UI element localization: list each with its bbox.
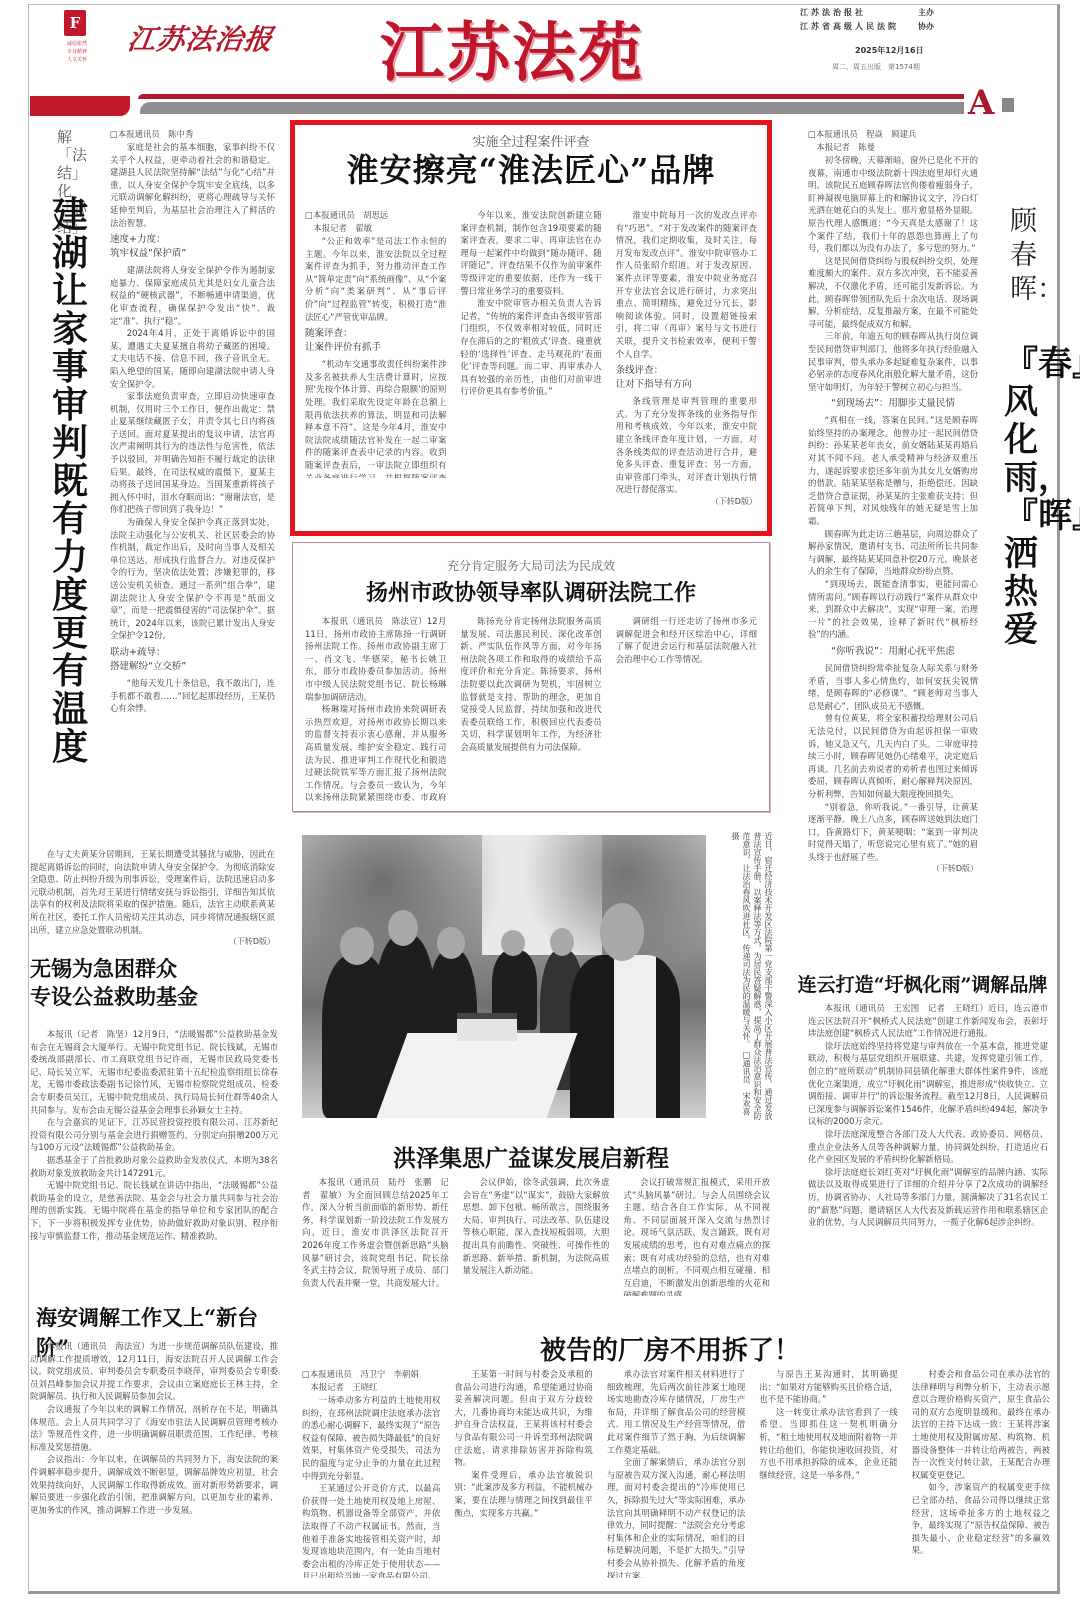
subheading: “到现场去”：用脚步丈量民情 xyxy=(808,397,978,411)
masthead-band-red xyxy=(138,94,964,99)
continued-note: （下转D版） xyxy=(808,863,978,874)
paragraph: 本报讯（通讯员 陈法宣）12月11日，扬州市政协主席陈扬一行调研扬州法院工作。扬… xyxy=(305,615,446,703)
paragraph: 家事法庭负责审查，立即启动快速审查机制，仅用时三个工作日，便作出裁定：禁止夏某继… xyxy=(110,390,275,516)
masthead-band-grey xyxy=(140,102,964,114)
paragraph: 王某第一时间与村委会及承租的食品公司进行沟通，希望能通过协商妥善解决问题。但由于… xyxy=(454,1368,592,1469)
paragraph: 淮安中院审管办相关负责人告诉记者，“传统的案件评查由各级审管部门组织，不仅效率相… xyxy=(460,297,601,398)
sponsor-org: 江苏省高级人民法院 xyxy=(800,20,900,34)
left-story-body: □本报通讯员 陈中秀 家庭是社会的基本细胞，家事纠纷不仅关乎个人权益，更牵动着社… xyxy=(110,128,275,715)
lianyun-body: 本报讯（通讯员 王宏图 记者 王晓红）近日，连云港市连云区法院召开“枫桥式人民法… xyxy=(808,1002,1048,1292)
paragraph: 在与丈夫黄某分居期间，王某长期遭受其骚扰与威胁，因此在提起离婚诉讼的同时，向法院… xyxy=(30,848,275,936)
paragraph: “他每天发几十条信息，我不敢出门，连手机都不敢看……”回忆起那段经历，王某仍心有… xyxy=(110,677,275,715)
featured-story-box: 实施全过程案件评查 淮安擦亮“淮法匠心”品牌 □本报通讯员 胡思远 本报记者 翟… xyxy=(290,120,772,536)
paragraph: 会议指出：今年以来，在调解员的共同努力下，海安法院的案件调解率稳步提升，调解成效… xyxy=(30,1453,278,1516)
paragraph: “到现场去，既能查清事实，更能问需心情所需问。”顾春晖以行动践行“案件从群众中来… xyxy=(808,578,978,641)
paragraph: 今年以来，淮安法院创新建立随案评查机制，制作包含19项要素的随案评查表，要求二审… xyxy=(460,209,601,297)
subheading: 联动+疏导：搭建解纷“立交桥” xyxy=(110,646,275,674)
sponsor-role: 协办 xyxy=(918,20,934,34)
hongze-columns: 本报讯（通讯员 陆丹 张鹏 记者 翟敏）为全面回顾总结2025年工作，深入分析当… xyxy=(302,1176,770,1296)
paragraph: 初冬傍晚，天幕渐暗，窗外已是化不开的夜幕，南通市中级法院新十四法庭里却灯火通明。… xyxy=(808,154,978,255)
subheading: “你听我说”：用耐心抚平焦虑 xyxy=(808,645,978,659)
paragraph: “别着急，你听我说。”一番引导，让黄某逐渐平静。晚上八点多，顾春晖送她到法庭门口… xyxy=(808,801,978,864)
hongze-headline: 洪泽集思广益谋发展启新程 xyxy=(292,1140,770,1173)
page-letter: A xyxy=(968,86,994,120)
factory-headline: 被告的厂房不用拆了！ xyxy=(420,1330,920,1367)
byline: 本报记者 翟敏 xyxy=(305,222,446,235)
logo-slogans: 威信依然 专业精神 人文关怀 xyxy=(57,40,97,64)
byline: □本报通讯员 冯卫宁 李朝娟 xyxy=(302,1368,440,1381)
paragraph: 本报讯（通讯员 王宏图 记者 王晓红）近日，连云港市连云区法院召开“枫桥式人民法… xyxy=(808,1002,1048,1040)
yangzhou-headline: 扬州市政协领导率队调研法院工作 xyxy=(293,578,769,608)
newspaper-logo-icon: F xyxy=(64,10,86,36)
wuxi-body: 本报讯（记者 陈坚）12月9日，“法暖锡都”公益救助基金发布会在无锡商会大厦举行… xyxy=(30,1028,278,1242)
paragraph: 徐圩法庭深度整合各部门及人大代表、政协委员、网格员、重点企业法务人员等各种调解力… xyxy=(808,1128,1048,1166)
yangzhou-columns: 本报讯（通讯员 陈法宣）12月11日，扬州市政协主席陈扬一行调研扬州法院工作。扬… xyxy=(305,615,757,805)
page-number-marker xyxy=(1002,98,1014,112)
paper-name: 江苏法治报 xyxy=(125,18,276,58)
section-title: 江苏法苑 xyxy=(380,2,644,94)
paragraph: 陈扬充分肯定扬州法院服务高质量发展、司法惠民利民、深化改革创新、严实队伍作风等方… xyxy=(460,615,601,754)
paragraph: 王某通过公开竞价方式，以最高价获得一处土地使用权及地上房屋、构筑物、机器设备等全… xyxy=(302,1482,440,1578)
paragraph: 杨琳瑞对扬州市政协来院调研表示热烈欢迎，对扬州市政协长期以来的监督支持表示衷心感… xyxy=(305,703,446,805)
paragraph: 本报讯（通讯员 陆丹 张鹏 记者 翟敏）为全面回顾总结2025年工作，深入分析当… xyxy=(302,1176,449,1289)
right-story-body: □本报通讯员 程焱 顾建兵 本报记者 陈曼 初冬傍晚，天幕渐暗，窗外已是化不开的… xyxy=(808,128,978,948)
paragraph: 本报讯（通讯员 海法宣）为进一步规范调解员队伍建设，推动调解工作提质增效，12月… xyxy=(30,1340,278,1403)
paragraph: 为确保人身安全保护令真正落到实处，法院主动强化与公安机关、社区居委会的协作机制，… xyxy=(110,516,275,642)
slogan: 专业精神 xyxy=(57,48,97,56)
paragraph: 本报讯（记者 陈坚）12月9日，“法暖锡都”公益救助基金发布会在无锡商会大厦举行… xyxy=(30,1028,278,1116)
subheading: 速度+力度：筑牢权益“保护盾” xyxy=(110,233,275,261)
factory-columns: □本报通讯员 冯卫宁 李朝娟 本报记者 王晓红 一场牵动多方利益的土地使用权纠纷… xyxy=(302,1368,1050,1578)
paragraph: 曾有位黄某，将全家积蓄投给理财公司后无法兑付，以民间借贷为由起诉担保一审败诉，她… xyxy=(808,712,978,800)
table xyxy=(377,1033,578,1118)
subheading: 条线评查：让对下指导有方向 xyxy=(616,364,757,392)
paragraph: 会议打破常规汇报模式，采用开放式“头脑风暴”研讨。与会人员围绕会议主题，结合各自… xyxy=(623,1176,770,1296)
byline: 本报记者 王晓红 xyxy=(302,1381,440,1394)
paragraph: 与原告王某沟通时，其明确提出：“如果对方能够购买且价格合适，也不是不能协商。” xyxy=(759,1368,897,1406)
byline: □本报通讯员 胡思远 xyxy=(305,209,446,222)
paragraph: 据悉基金于了首批救助对象公益救助金发放仪式，本期为38名救助对象发放救助金共计1… xyxy=(30,1154,278,1179)
right-story-headline: 『春』风化雨，『晖』洒热爱 xyxy=(1004,345,1052,649)
paragraph: 一场牵动多方利益的土地使用权纠纷，在邳州法院调庄法庭承办法官的悉心耐心调解下，最… xyxy=(302,1394,440,1482)
paragraph: 如今，涉案资产的权属变更手续已全部办结，食品公司得以继续正常经营，这场牵扯多方的… xyxy=(912,1481,1050,1557)
right-story-kicker: 顾春晖： xyxy=(1010,205,1046,307)
paragraph: 在与会嘉宾的见证下，江苏民营投资控股有限公司、江苏新纪投资有限公司分别与基金会进… xyxy=(30,1116,278,1154)
paragraph: 条线管理是审判管理的重要形式。为了充分发挥条线的业务指导作用和考核成效，今年以来… xyxy=(616,395,757,496)
paragraph: 顾春晖为此走访三趟基层，向周边群众了解孙家情况，邀请村支书、司法所所长共同参与调… xyxy=(808,528,978,578)
paragraph: 家庭是社会的基本细胞，家事纠纷不仅关乎个人权益，更牵动着社会的和谐稳定。建湖县人… xyxy=(110,141,275,229)
person-figure xyxy=(570,955,680,1118)
paragraph: “机动车交通事故责任纠纷案件涉及多名被扶养人生活费计算时，应按照‘先按个体计算、… xyxy=(305,358,446,478)
slogan: 威信依然 xyxy=(57,40,97,48)
paragraph: 民间借贷纠纷常牵扯复杂人际关系与财务矛盾，当事人多心情焦灼，如何安抚尖锐情绪，是… xyxy=(808,662,978,712)
paragraph: 无锡中院党组书记、院长钱斌在讲话中指出，“法暖锡都”公益救助基金的设立，是慈善法… xyxy=(30,1179,278,1242)
photo-caption: 近日，宿迁经济技术开发区法院第一党支部干警深入小区开展普法宣传，通过发放普法宣传… xyxy=(712,832,774,1122)
paragraph: 三年前，年逾五旬的顾春晖从执行岗位调至民间借贷审判部门，他将多年执行经验融入民事… xyxy=(808,330,978,393)
paragraph: 徐圩法庭庭长刘红英对“圩枫化雨”调解室的品牌内涵、实际做法以及取得成果进行了详细… xyxy=(808,1166,1048,1229)
haian-body: 本报讯（通讯员 海法宣）为进一步规范调解员队伍建设，推动调解工作提质增效，12月… xyxy=(30,1340,278,1516)
slogan: 人文关怀 xyxy=(57,56,97,64)
masthead-band-left xyxy=(30,96,130,116)
paragraph: 会议伊始，徐冬武强调，此次务虚会旨在“务虚”以“谋实”，鼓励大家解放思想、卸下包… xyxy=(463,1176,610,1277)
sponsor-role: 主办 xyxy=(918,6,934,20)
left-story-body-continued: 在与丈夫黄某分居期间，王某长期遭受其骚扰与威胁，因此在提起离婚诉讼的同时，向法院… xyxy=(30,848,275,947)
paragraph: 案件受理后，承办法官敏锐识别：“此案涉及多方利益，不能机械办案，要在法理与情理之… xyxy=(454,1469,592,1519)
feature-columns: □本报通讯员 胡思远 本报记者 翟敏 “公正和效率”是司法工作永恒的主题。今年以… xyxy=(305,209,757,531)
paragraph: 这是民间借贷纠纷与股权纠纷交织，处理难度颇大的案件。双方多次冲突，若不能妥善解决… xyxy=(808,255,978,331)
feature-kicker: 实施全过程案件评查 xyxy=(295,131,767,150)
paragraph: “公正和效率”是司法工作永恒的主题。今年以来，淮安法院以全过程案件评查为抓手，努… xyxy=(305,235,446,323)
byline: □本报通讯员 程焱 顾建兵 xyxy=(808,128,978,141)
paragraph: 村委会和食品公司在承办法官的法律释明与利弊分析下，主动表示愿意以合理价格购买资产… xyxy=(912,1368,1050,1481)
paragraph: 这一转变让承办法官看到了一线希望。当即抓住这一契机明确分析，“租土地使用权及地面… xyxy=(759,1406,897,1482)
continued-note: （下转D版） xyxy=(616,496,757,507)
feature-headline: 淮安擦亮“淮法匠心”品牌 xyxy=(295,150,767,190)
subheading: 随案评查：让案件评价有抓手 xyxy=(305,327,446,355)
news-photo xyxy=(302,835,706,1118)
paragraph: 承办法官对案件相关材料进行了细致梳理，先后两次前往涉案土地现场实地勘查冷库存储情… xyxy=(607,1368,745,1456)
paragraph: 建湖法院将人身安全保护令作为遏制家庭暴力、保障家庭成员尤其是妇女儿童合法权益的“… xyxy=(110,264,275,327)
paragraph: 会议通报了今年以来的调解工作情况，剖析存在不足，明确具体规范。会上人员共同学习了… xyxy=(30,1403,278,1453)
issue-info: 周二、周五出版 第1574期 xyxy=(832,62,920,72)
sponsor-org: 江苏法治报社 xyxy=(800,6,900,20)
byline: □本报通讯员 陈中秀 xyxy=(110,128,275,141)
paragraph: “真相在一线，答案在民间。”这是顾春晖始终坚持的办案理念。他曾办过一起民间借贷纠… xyxy=(808,414,978,527)
box xyxy=(457,1013,517,1041)
paragraph: 徐圩法庭始终坚持将党建与审判放在一个基本盘，推进党建联动，积极与基层党组织开展联… xyxy=(808,1040,1048,1128)
sponsors: 江苏法治报社主办 江苏省高级人民法院协办 xyxy=(800,6,934,34)
yangzhou-kicker: 充分肯定服务大局司法为民成效 xyxy=(293,557,769,574)
issue-date: 2025年12月16日 xyxy=(855,45,924,56)
continued-note: （下转D版） xyxy=(30,936,275,947)
left-story-headline: 建湖让家事审判既有力度更有温度 xyxy=(52,196,96,766)
paragraph: 淮安中院每月一次的发改点评亦有“巧思”。“对于发改案件的随案评查情况，我们定期收… xyxy=(616,209,757,360)
wuxi-headline: 无锡为急困群众 专设公益救助基金 xyxy=(30,955,280,1011)
paragraph: 全面了解案情后，承办法官分别与原被告双方深入沟通，耐心释法明理，面对村委会提出的… xyxy=(607,1456,745,1578)
paragraph: 调研组一行还走访了扬州市多元调解促进会和经开区综治中心，详细了解了促进会运行和基… xyxy=(616,615,757,665)
lianyun-headline: 连云打造“圩枫化雨”调解品牌 xyxy=(790,970,1055,997)
byline: 本报记者 陈曼 xyxy=(808,141,978,154)
paragraph: 2024年4月，正处于离婚诉讼中的国某，遭遇丈夫夏某擅自将幼子藏匿的困境。丈夫电… xyxy=(110,327,275,390)
yangzhou-story-box: 充分肯定服务大局司法为民成效 扬州市政协领导率队调研法院工作 本报讯（通讯员 陈… xyxy=(292,542,770,812)
